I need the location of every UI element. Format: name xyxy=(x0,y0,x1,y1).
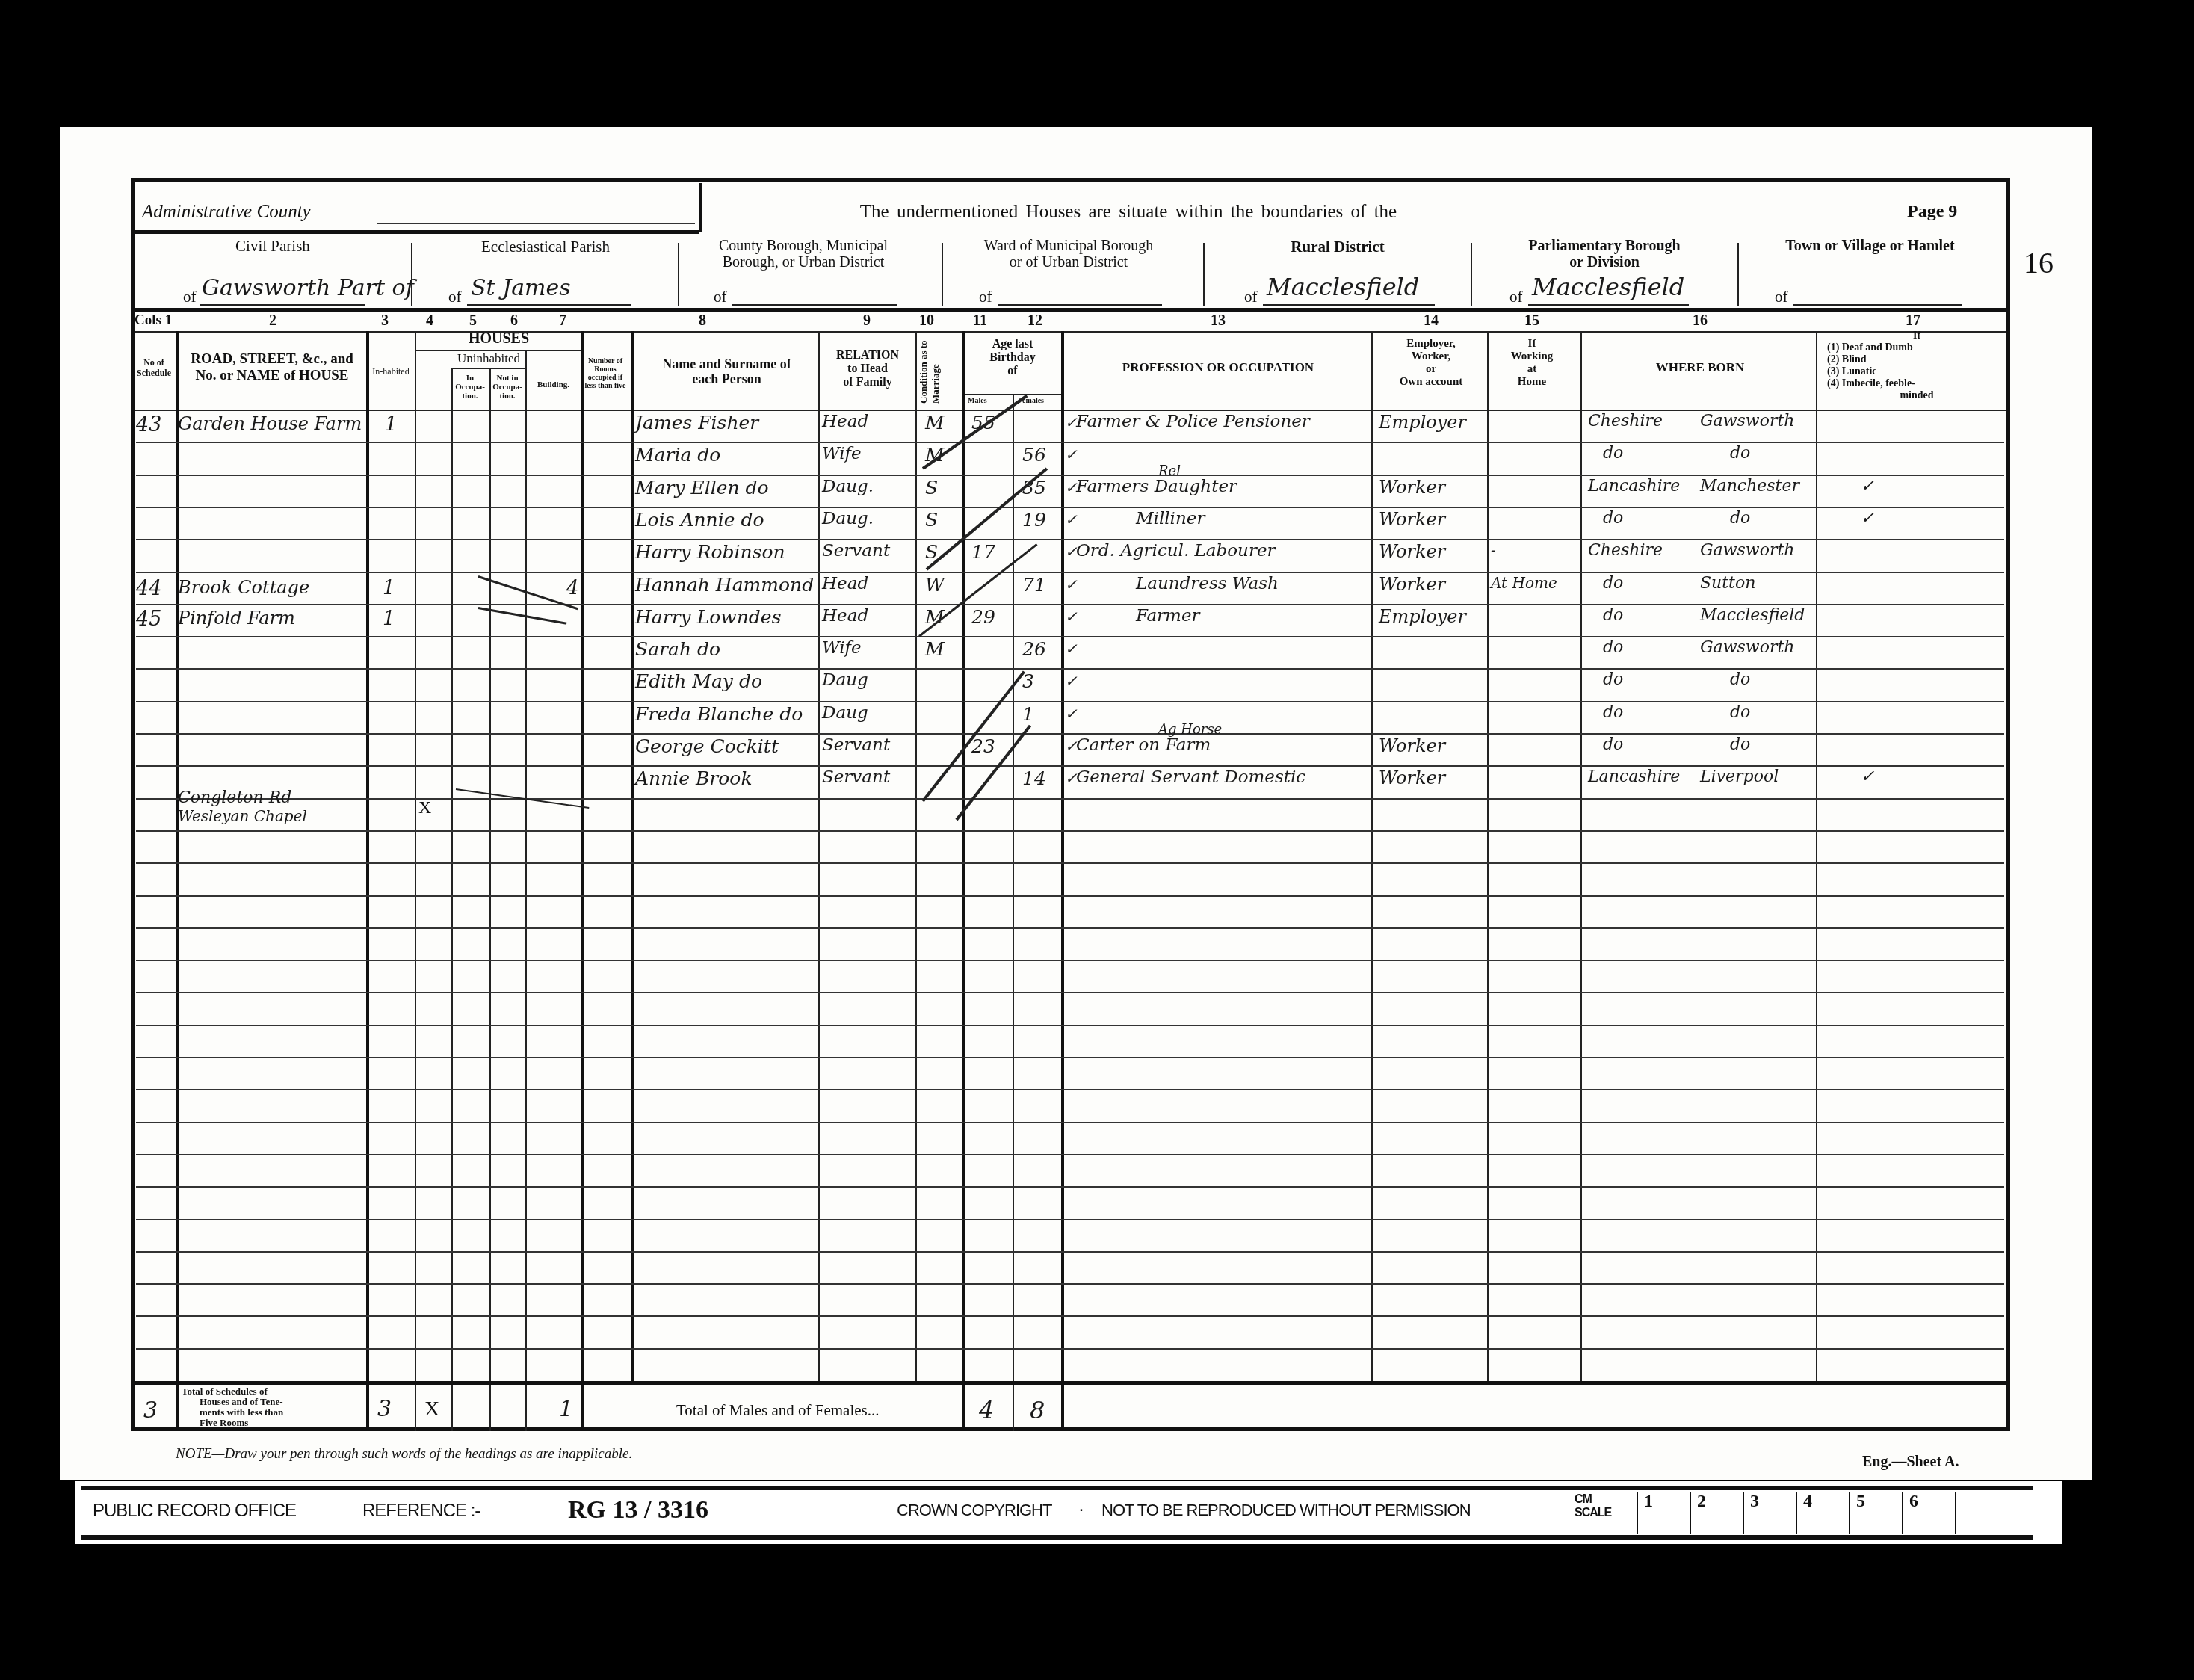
admin-county-box-right xyxy=(699,183,702,232)
header-occupation: PROFESSION OR OCCUPATION xyxy=(1065,360,1371,375)
header-infirmity-4b: minded xyxy=(1827,390,2006,402)
person-born-place: do xyxy=(1730,509,1750,528)
person-relation: Daug. xyxy=(822,477,874,496)
person-employment: Worker xyxy=(1379,574,1445,595)
person-age-female: 56 xyxy=(1022,444,1046,466)
header-infirmity-2: (2) Blind xyxy=(1827,354,2006,366)
ward-label-line2: or of Urban District xyxy=(945,254,1192,271)
row-rule xyxy=(136,927,2004,929)
column-divider xyxy=(1061,331,1064,1431)
row-rule xyxy=(136,1025,2004,1026)
row-rule xyxy=(136,830,2004,832)
header-infirmity-4: (4) Imbecile, feeble- xyxy=(1827,378,2006,390)
header-road: ROAD, STREET, &c., and No. or NAME of HO… xyxy=(178,351,366,384)
footer-cm-scale-label: CM SCALE xyxy=(1575,1493,1611,1520)
col-num-8: 8 xyxy=(587,312,818,330)
person-relation: Servant xyxy=(822,735,890,755)
person-born-county: do xyxy=(1603,638,1623,657)
person-born-county: do xyxy=(1603,444,1623,463)
header-road-line2: No. or NAME of HOUSE xyxy=(178,368,366,384)
person-infirmity: ✓ xyxy=(1861,509,1874,528)
parliamentary-underline xyxy=(1528,304,1689,306)
town-village-label: Town or Village or Hamlet xyxy=(1741,238,1999,255)
row-rule xyxy=(136,539,2004,540)
person-name: Harry Robinson xyxy=(635,541,785,563)
header-at-home-line1: If xyxy=(1487,338,1577,350)
totals-label-line2: Houses and of Tene- xyxy=(182,1397,361,1407)
person-name: Annie Brook xyxy=(635,768,753,789)
person-at-home: - xyxy=(1491,541,1496,559)
column-divider xyxy=(415,331,416,1431)
person-born-place: Liverpool xyxy=(1700,768,1779,786)
header-employer-line2: Worker, xyxy=(1375,350,1487,363)
row-rule xyxy=(136,1219,2004,1220)
person-born-county: do xyxy=(1603,703,1623,722)
person-employment: Worker xyxy=(1379,509,1445,530)
parliamentary-prefix: of xyxy=(1509,288,1523,306)
row-rule xyxy=(136,1057,2004,1058)
person-condition: M xyxy=(925,412,945,433)
county-borough-label: County Borough, Municipal Borough, or Ur… xyxy=(680,238,927,271)
civil-parish-label: Civil Parish xyxy=(135,238,411,254)
schedule-43: 43 xyxy=(136,413,161,436)
person-name: George Cockitt xyxy=(635,735,779,757)
row-rule xyxy=(136,701,2004,702)
footer-bottom-rule xyxy=(81,1535,2033,1540)
person-occupation: Laundress Wash xyxy=(1136,574,1279,593)
header-infirmity-3: (3) Lunatic xyxy=(1827,366,2006,378)
col-num-14: 14 xyxy=(1375,312,1487,330)
column-divider xyxy=(631,331,634,1381)
person-born-place: do xyxy=(1730,735,1750,754)
row-rule xyxy=(136,1283,2004,1285)
parliamentary-label-line1: Parliamentary Borough xyxy=(1474,238,1735,254)
totals-males: 4 xyxy=(979,1396,994,1424)
boundaries-text: The undermentioned Houses are situate wi… xyxy=(792,202,1465,223)
col-num-10: 10 xyxy=(919,312,934,330)
column-divider xyxy=(1487,331,1489,1381)
totals-top-rule xyxy=(135,1381,2006,1385)
person-born-county: do xyxy=(1603,574,1623,593)
county-borough-label-line2: Borough, or Urban District xyxy=(680,254,927,271)
person-condition: W xyxy=(925,574,945,596)
header-relation-line3: of Family xyxy=(820,376,915,389)
col-num-1: Cols 1 xyxy=(135,312,172,329)
column-divider xyxy=(525,350,527,1431)
person-age-female: 14 xyxy=(1022,768,1046,789)
person-born-place: do xyxy=(1730,444,1750,463)
person-name: Sarah do xyxy=(635,638,720,660)
person-condition: S xyxy=(925,477,938,498)
person-occupation: General Servant Domestic xyxy=(1076,768,1305,787)
folio-number: 16 xyxy=(2024,245,2054,280)
totals-schedules: 3 xyxy=(143,1398,158,1424)
row-rule xyxy=(136,475,2004,476)
divider xyxy=(1471,243,1472,306)
header-at-home-line2: Working xyxy=(1487,350,1577,363)
cm-scale-mark: 3 xyxy=(1743,1492,1796,1534)
civil-parish-prefix: of xyxy=(183,288,197,306)
person-infirmity: ✓ xyxy=(1861,768,1874,786)
header-relation: RELATION to Head of Family xyxy=(820,349,915,389)
person-age-female: 26 xyxy=(1022,638,1046,660)
row-rule xyxy=(136,765,2004,767)
eccl-underline xyxy=(467,304,631,306)
person-relation: Servant xyxy=(822,768,890,787)
check-icon: ✓ xyxy=(1065,672,1078,690)
divider xyxy=(1203,243,1205,306)
ward-label: Ward of Municipal Borough or of Urban Di… xyxy=(945,238,1192,271)
totals-rooms: 1 xyxy=(559,1396,573,1422)
person-name: Edith May do xyxy=(635,670,762,692)
cm-label: CM xyxy=(1575,1493,1611,1507)
town-prefix: of xyxy=(1775,288,1788,306)
totals-label-line1: Total of Schedules of xyxy=(182,1386,361,1397)
person-occupation: Milliner xyxy=(1136,509,1205,528)
note-text: NOTE—Draw your pen through such words of… xyxy=(176,1446,632,1463)
person-relation: Daug xyxy=(822,703,868,723)
row-rule xyxy=(136,862,2004,864)
person-born-county: do xyxy=(1603,509,1623,528)
person-relation: Wife xyxy=(822,444,862,463)
column-divider xyxy=(581,331,584,1431)
person-occupation: Farmers Daughter xyxy=(1076,477,1237,496)
row-rule xyxy=(136,1315,2004,1317)
col-num-15: 15 xyxy=(1487,312,1577,330)
person-born-place: Gawsworth xyxy=(1700,412,1794,430)
check-icon: ✓ xyxy=(1065,510,1078,528)
header-at-home-line4: Home xyxy=(1487,376,1577,389)
person-born-place: Manchester xyxy=(1700,477,1799,495)
person-relation: Head xyxy=(822,606,868,626)
person-age-female: 1 xyxy=(1022,703,1034,725)
civil-parish-underline xyxy=(200,304,365,306)
header-houses: HOUSES xyxy=(415,330,583,348)
schedule-45: 45 xyxy=(136,608,161,631)
person-occupation-note: Ag Horse xyxy=(1158,722,1222,738)
person-name: Lois Annie do xyxy=(635,509,764,531)
uninhabited-in-occupation-chapel: X xyxy=(418,798,431,818)
ecclesiastical-parish-prefix: of xyxy=(448,288,462,306)
person-name: James Fisher xyxy=(635,412,758,433)
footer-reference-label: REFERENCE :- xyxy=(362,1501,480,1522)
divider xyxy=(411,243,412,306)
rural-underline xyxy=(1263,304,1435,306)
column-divider xyxy=(1371,331,1373,1381)
ward-prefix: of xyxy=(979,288,992,306)
rural-district-label: Rural District xyxy=(1207,238,1468,256)
address-garden-house-farm: Garden House Farm xyxy=(178,413,362,434)
column-divider xyxy=(366,331,369,1431)
person-employment: Worker xyxy=(1379,541,1445,562)
admin-county-label: Administrative County xyxy=(142,202,311,223)
parliamentary-borough-value: Macclesfield xyxy=(1532,273,1684,301)
header-at-home-line3: at xyxy=(1487,363,1577,376)
rural-district-prefix: of xyxy=(1244,288,1258,306)
col-num-3: 3 xyxy=(381,312,389,330)
header-rooms: Number of Rooms occupied if less than fi… xyxy=(583,357,628,390)
person-born-county: Cheshire xyxy=(1588,541,1663,560)
footer-notice: NOT TO BE REPRODUCED WITHOUT PERMISSION xyxy=(1101,1501,1471,1520)
person-relation: Daug. xyxy=(822,509,874,528)
totals-uninhabited: X xyxy=(424,1398,439,1421)
person-relation: Daug xyxy=(822,670,868,690)
person-born-county: Lancashire xyxy=(1588,768,1680,786)
county-borough-prefix: of xyxy=(714,288,727,306)
col-num-16: 16 xyxy=(1584,312,1816,330)
divider xyxy=(678,243,679,306)
person-born-place: do xyxy=(1730,670,1750,689)
person-occupation-note: Rel xyxy=(1158,463,1181,479)
column-divider xyxy=(176,331,179,1431)
person-condition: S xyxy=(925,509,938,531)
column-divider xyxy=(489,368,491,1431)
person-name: Mary Ellen do xyxy=(635,477,769,498)
uninhabited-rule xyxy=(451,368,526,369)
row-rule xyxy=(136,604,2004,605)
person-occupation: Carter on Farm xyxy=(1076,735,1211,755)
row-rule xyxy=(136,507,2004,508)
header-employer-line4: Own account xyxy=(1375,376,1487,389)
header-where-born: WHERE BORN xyxy=(1584,360,1816,375)
person-condition: M xyxy=(925,638,945,660)
cm-scale-end xyxy=(1955,1492,1962,1534)
col-num-6: 6 xyxy=(510,312,518,330)
cm-scale-mark: 2 xyxy=(1690,1492,1743,1534)
row-rule xyxy=(136,798,2004,800)
inhabited-45: 1 xyxy=(383,608,395,630)
archive-footer: PUBLIC RECORD OFFICE REFERENCE :- RG 13 … xyxy=(75,1481,2062,1544)
header-relation-line1: RELATION xyxy=(820,349,915,362)
parliamentary-label-line2: or Division xyxy=(1474,254,1735,271)
column-divider xyxy=(1013,394,1014,1431)
row-rule xyxy=(136,1154,2004,1155)
person-age-male: 17 xyxy=(971,541,995,563)
person-born-county: do xyxy=(1603,670,1623,689)
person-relation: Servant xyxy=(822,541,890,560)
row-rule xyxy=(136,1186,2004,1188)
col-num-13: 13 xyxy=(1065,312,1371,330)
address-brook-cottage: Brook Cottage xyxy=(178,577,309,598)
person-employment: Worker xyxy=(1379,477,1445,498)
civil-parish-value: Gawsworth Part of xyxy=(202,275,414,301)
person-relation: Wife xyxy=(822,638,862,658)
row-rule xyxy=(136,733,2004,735)
person-name: Maria do xyxy=(635,444,720,466)
county-borough-underline xyxy=(732,304,897,306)
header-relation-line2: to Head xyxy=(820,362,915,376)
check-icon: ✓ xyxy=(1065,575,1078,593)
person-employment: Worker xyxy=(1379,768,1445,788)
cm-scale-mark: 1 xyxy=(1637,1492,1690,1534)
col-num-17: 17 xyxy=(1820,312,2006,330)
address-pinfold-farm: Pinfold Farm xyxy=(178,608,295,629)
header-condition: Condition as to Marriage xyxy=(918,329,942,404)
person-born-county: Cheshire xyxy=(1588,412,1663,430)
person-occupation: Ord. Agricul. Labourer xyxy=(1076,541,1276,560)
person-born-place: Gawsworth xyxy=(1700,541,1794,560)
col-num-7: 7 xyxy=(559,312,566,330)
totals-males-females-label: Total of Males and of Females... xyxy=(676,1401,879,1420)
header-age: Age last Birthday of xyxy=(964,338,1061,378)
person-born-place: do xyxy=(1730,703,1750,722)
admin-county-box-bottom xyxy=(135,230,699,234)
col-num-5: 5 xyxy=(469,312,477,330)
person-age-male: 29 xyxy=(971,606,995,628)
row-rule xyxy=(136,1348,2004,1350)
row-rule xyxy=(136,1122,2004,1123)
person-age-female: 19 xyxy=(1022,509,1046,531)
header-age-line2: Birthday xyxy=(964,351,1061,365)
person-born-county: Lancashire xyxy=(1588,477,1680,495)
person-employment: Employer xyxy=(1379,606,1466,627)
rooms-44: 4 xyxy=(566,577,579,599)
footer-separator: · xyxy=(1078,1499,1084,1520)
ward-underline xyxy=(998,304,1162,306)
header-in-occupation: In Occupa-tion. xyxy=(451,374,489,401)
cm-scale-mark: 6 xyxy=(1902,1492,1955,1534)
inhabited-43: 1 xyxy=(385,413,398,436)
inhabited-44: 1 xyxy=(383,577,395,599)
person-born-place: Sutton xyxy=(1700,574,1755,593)
header-age-line1: Age last xyxy=(964,338,1061,351)
footer-top-rule xyxy=(81,1486,2033,1490)
ward-label-line1: Ward of Municipal Borough xyxy=(945,238,1192,254)
column-divider xyxy=(1580,331,1582,1381)
ecclesiastical-parish-label: Ecclesiastical Parish xyxy=(415,238,676,256)
person-born-county: do xyxy=(1603,735,1623,754)
cm-scale-mark: 4 xyxy=(1796,1492,1849,1534)
check-icon: ✓ xyxy=(1065,705,1078,723)
column-divider xyxy=(451,368,453,1431)
row-rule xyxy=(136,992,2004,993)
divider xyxy=(1737,243,1739,306)
scale-label: SCALE xyxy=(1575,1507,1611,1520)
col-num-4: 4 xyxy=(426,312,433,330)
col-num-9: 9 xyxy=(818,312,915,330)
address-congleton-rd: Congleton Rd xyxy=(178,788,291,807)
row-rule xyxy=(136,1251,2004,1253)
person-age-female: 71 xyxy=(1022,574,1046,596)
header-infirmity-if: If xyxy=(1827,330,2006,342)
row-rule xyxy=(136,636,2004,637)
row-rule xyxy=(136,668,2004,670)
person-infirmity: ✓ xyxy=(1861,477,1874,495)
col-num-2: 2 xyxy=(179,312,366,330)
person-born-county: do xyxy=(1603,606,1623,625)
town-underline xyxy=(1793,304,1962,306)
header-inhabited: In-habited xyxy=(368,366,414,377)
county-borough-label-line1: County Borough, Municipal xyxy=(680,238,927,254)
col-num-11: 11 xyxy=(973,312,987,330)
address-wesleyan-chapel: Wesleyan Chapel xyxy=(178,807,307,825)
header-name: Name and Surname of each Person xyxy=(635,356,818,386)
totals-label: Total of Schedules of Houses and of Tene… xyxy=(182,1386,361,1428)
header-at-home: If Working at Home xyxy=(1487,338,1577,389)
totals-inhabited: 3 xyxy=(377,1396,392,1422)
cm-scale-mark: 5 xyxy=(1849,1492,1902,1534)
footer-office: PUBLIC RECORD OFFICE xyxy=(93,1501,296,1522)
person-age-male: 23 xyxy=(971,735,995,757)
totals-label-line3: ments with less than xyxy=(182,1407,361,1418)
person-relation: Head xyxy=(822,412,868,431)
totals-females: 8 xyxy=(1030,1396,1045,1424)
column-divider xyxy=(962,331,965,1431)
person-name: Hannah Hammond xyxy=(635,574,814,596)
column-divider xyxy=(818,331,820,1381)
column-divider xyxy=(915,331,917,1381)
header-age-line3: of xyxy=(964,365,1061,378)
parliamentary-borough-label: Parliamentary Borough or Division xyxy=(1474,238,1735,271)
header-employer-line3: or xyxy=(1375,363,1487,376)
person-at-home: At Home xyxy=(1491,574,1557,592)
header-schedule: No of Schedule xyxy=(133,357,175,378)
person-occupation: Farmer & Police Pensioner xyxy=(1076,412,1310,431)
col-num-12: 12 xyxy=(1028,312,1042,330)
person-born-place: Macclesfield xyxy=(1700,606,1805,625)
header-employer-line1: Employer, xyxy=(1375,338,1487,350)
person-employment: Worker xyxy=(1379,735,1445,756)
row-rule xyxy=(136,1089,2004,1090)
header-uninhabited: Uninhabited xyxy=(451,351,526,366)
person-name: Harry Lowndes xyxy=(635,606,781,628)
header-infirmity-1: (1) Deaf and Dumb xyxy=(1827,342,2006,354)
footer-copyright: CROWN COPYRIGHT xyxy=(897,1501,1051,1520)
header-not-in-occupation: Not in Occupa-tion. xyxy=(489,374,525,401)
header-employer: Employer, Worker, or Own account xyxy=(1375,338,1487,389)
person-born-place: Gawsworth xyxy=(1700,638,1794,657)
header-infirmity: If (1) Deaf and Dumb (2) Blind (3) Lunat… xyxy=(1827,330,2006,402)
page-number: Page 9 xyxy=(1907,202,1957,222)
header-building: Building. xyxy=(526,380,581,390)
row-rule xyxy=(136,442,2004,443)
ecclesiastical-parish-value: St James xyxy=(471,275,571,301)
person-relation: Head xyxy=(822,574,868,593)
check-icon: ✓ xyxy=(1065,445,1078,463)
check-icon: ✓ xyxy=(1065,640,1078,658)
header-males: Males xyxy=(968,396,987,407)
row-rule xyxy=(136,960,2004,961)
footer-reference-value: RG 13 / 3316 xyxy=(568,1496,708,1525)
divider xyxy=(942,243,943,306)
row-rule xyxy=(136,895,2004,897)
totals-label-line4: Five Rooms xyxy=(182,1418,361,1428)
admin-county-underline xyxy=(377,223,695,224)
person-employment: Employer xyxy=(1379,412,1466,433)
schedule-44: 44 xyxy=(136,577,161,600)
person-name: Freda Blanche do xyxy=(635,703,803,725)
check-icon: ✓ xyxy=(1065,608,1078,626)
person-occupation: Farmer xyxy=(1136,606,1200,626)
sheet-label: Eng.—Sheet A. xyxy=(1862,1454,1959,1471)
rural-district-value: Macclesfield xyxy=(1267,273,1419,301)
column-divider xyxy=(1816,331,1817,1381)
header-name-line2: each Person xyxy=(635,371,818,386)
location-row-bottom xyxy=(135,308,2006,312)
header-road-line1: ROAD, STREET, &c., and xyxy=(178,351,366,368)
row-rule xyxy=(136,572,2004,573)
header-name-line1: Name and Surname of xyxy=(635,356,818,371)
